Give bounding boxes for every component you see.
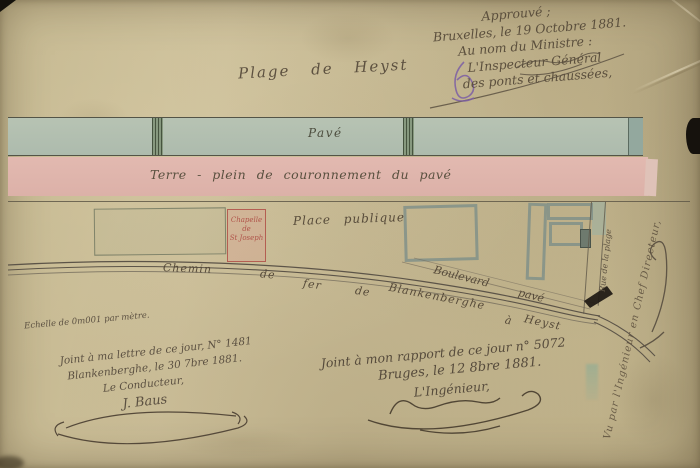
railway-label-word: de: [259, 267, 276, 281]
chapel-label-line: de: [228, 225, 265, 234]
scale-note: Echelle de 0m001 par mètre.: [24, 311, 150, 332]
place-publique-label: Place publique: [293, 210, 405, 228]
building-outline-l-bar: [526, 203, 548, 281]
terreplein-band-flap: [644, 159, 658, 197]
building-outline-small: [549, 222, 583, 246]
railway-line: [8, 267, 598, 320]
corner-dark-notch: [0, 0, 16, 12]
scanned-plan-document: Approuvé ; Bruxelles, le 19 Octobre 1881…: [0, 0, 700, 468]
conductor-note: Joint à ma lettre de ce jour, N° 1481 Bl…: [59, 334, 258, 421]
stairs-hatch: [403, 118, 414, 155]
chapel-building: Chapelle de St Joseph: [227, 209, 266, 262]
railway-label-word: à: [504, 313, 514, 327]
paper-stain: [175, 426, 305, 458]
plan-boundary-line: [8, 201, 690, 202]
terreplein-label: Terre - plein de couronnement du pavé: [150, 167, 451, 182]
railway-label-word: Heyst: [523, 312, 562, 332]
page-title: Plage de Heyst: [238, 56, 409, 83]
corner-shadow: [0, 456, 24, 468]
watercolor-smudge: [586, 364, 598, 400]
building-outline-center: [403, 204, 478, 262]
building-outline-left: [94, 207, 226, 255]
stairs-hatch: [152, 118, 163, 155]
railway-label-word: de: [354, 284, 371, 299]
chapel-label-line: Chapelle: [228, 216, 265, 225]
pave-band-end-cap: [628, 118, 643, 155]
pave-label: Pavé: [308, 126, 343, 140]
engineer-note: Joint à mon rapport de ce jour n° 5072 B…: [320, 333, 569, 409]
railway-label-word: Chemin: [163, 261, 212, 276]
approval-note: Approuvé ; Bruxelles, le 19 Octobre 1881…: [429, 0, 630, 95]
chapel-label-line: St Joseph: [228, 234, 265, 243]
railway-label-word: fer: [302, 277, 322, 292]
edge-dark-blob: [686, 118, 700, 154]
boulevard-label-word: Boulevard: [432, 263, 490, 289]
boulevard-label-word: pavé: [517, 286, 546, 305]
building-outline-l-arm: [547, 203, 593, 220]
